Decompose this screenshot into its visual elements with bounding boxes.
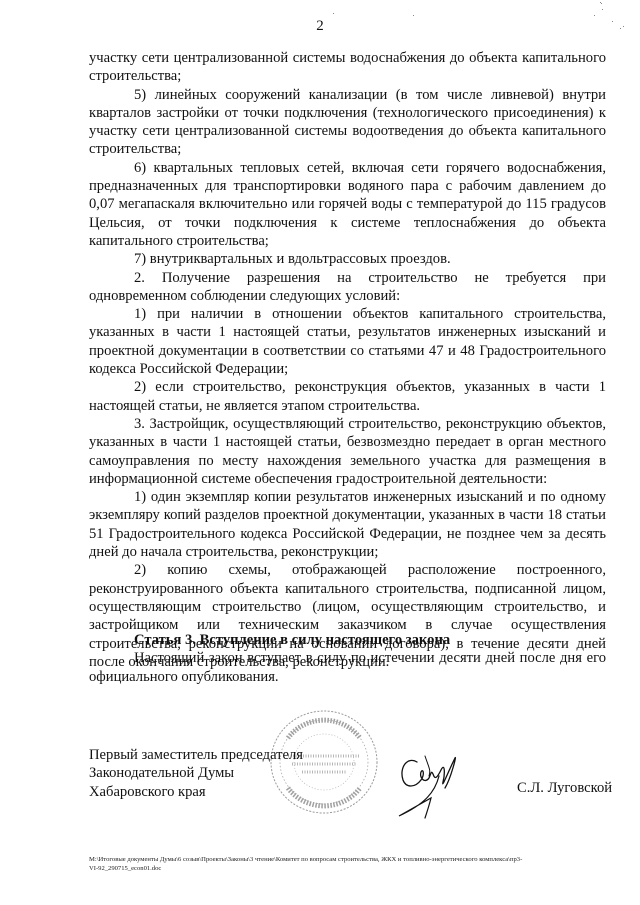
paragraph: участку сети централизованной системы во… bbox=[89, 49, 606, 86]
paragraph: 2) если строительство, реконструкция объ… bbox=[89, 378, 606, 415]
paragraph: 1) один экземпляр копии результатов инже… bbox=[89, 488, 606, 561]
signatory-position: Первый заместитель председателя Законода… bbox=[89, 746, 303, 801]
paragraph: 5) линейных сооружений канализации (в то… bbox=[89, 86, 606, 159]
file-path-line: M:\Итоговые документы Думы\6 созыв\Проек… bbox=[89, 855, 629, 864]
page-number: 2 bbox=[0, 18, 640, 35]
paragraph: 3. Застройщик, осуществляющий строительс… bbox=[89, 415, 606, 488]
paragraph: 7) внутриквартальных и вдольтрассовых пр… bbox=[89, 250, 606, 268]
paragraph: 1) при наличии в отношении объектов капи… bbox=[89, 305, 606, 378]
handwritten-signature-icon bbox=[395, 748, 465, 820]
signer-name: С.Л. Луговской bbox=[517, 780, 612, 797]
file-path-footer: M:\Итоговые документы Думы\6 созыв\Проек… bbox=[89, 855, 629, 873]
article-text: Настоящий закон вступает в силу по истеч… bbox=[89, 649, 606, 686]
article-heading: Статья 3. Вступление в силу настоящего з… bbox=[89, 631, 606, 649]
document-body: участку сети централизованной системы во… bbox=[89, 49, 606, 671]
file-path-line: VI-92_290715_econ01.doc bbox=[89, 864, 629, 873]
paragraph: 6) квартальных тепловых сетей, включая с… bbox=[89, 159, 606, 250]
position-line: Хабаровского края bbox=[89, 783, 303, 801]
position-line: Первый заместитель председателя bbox=[89, 746, 303, 764]
article-3: Статья 3. Вступление в силу настоящего з… bbox=[89, 631, 606, 686]
paragraph: 2. Получение разрешения на строительство… bbox=[89, 269, 606, 306]
position-line: Законодательной Думы bbox=[89, 764, 303, 782]
